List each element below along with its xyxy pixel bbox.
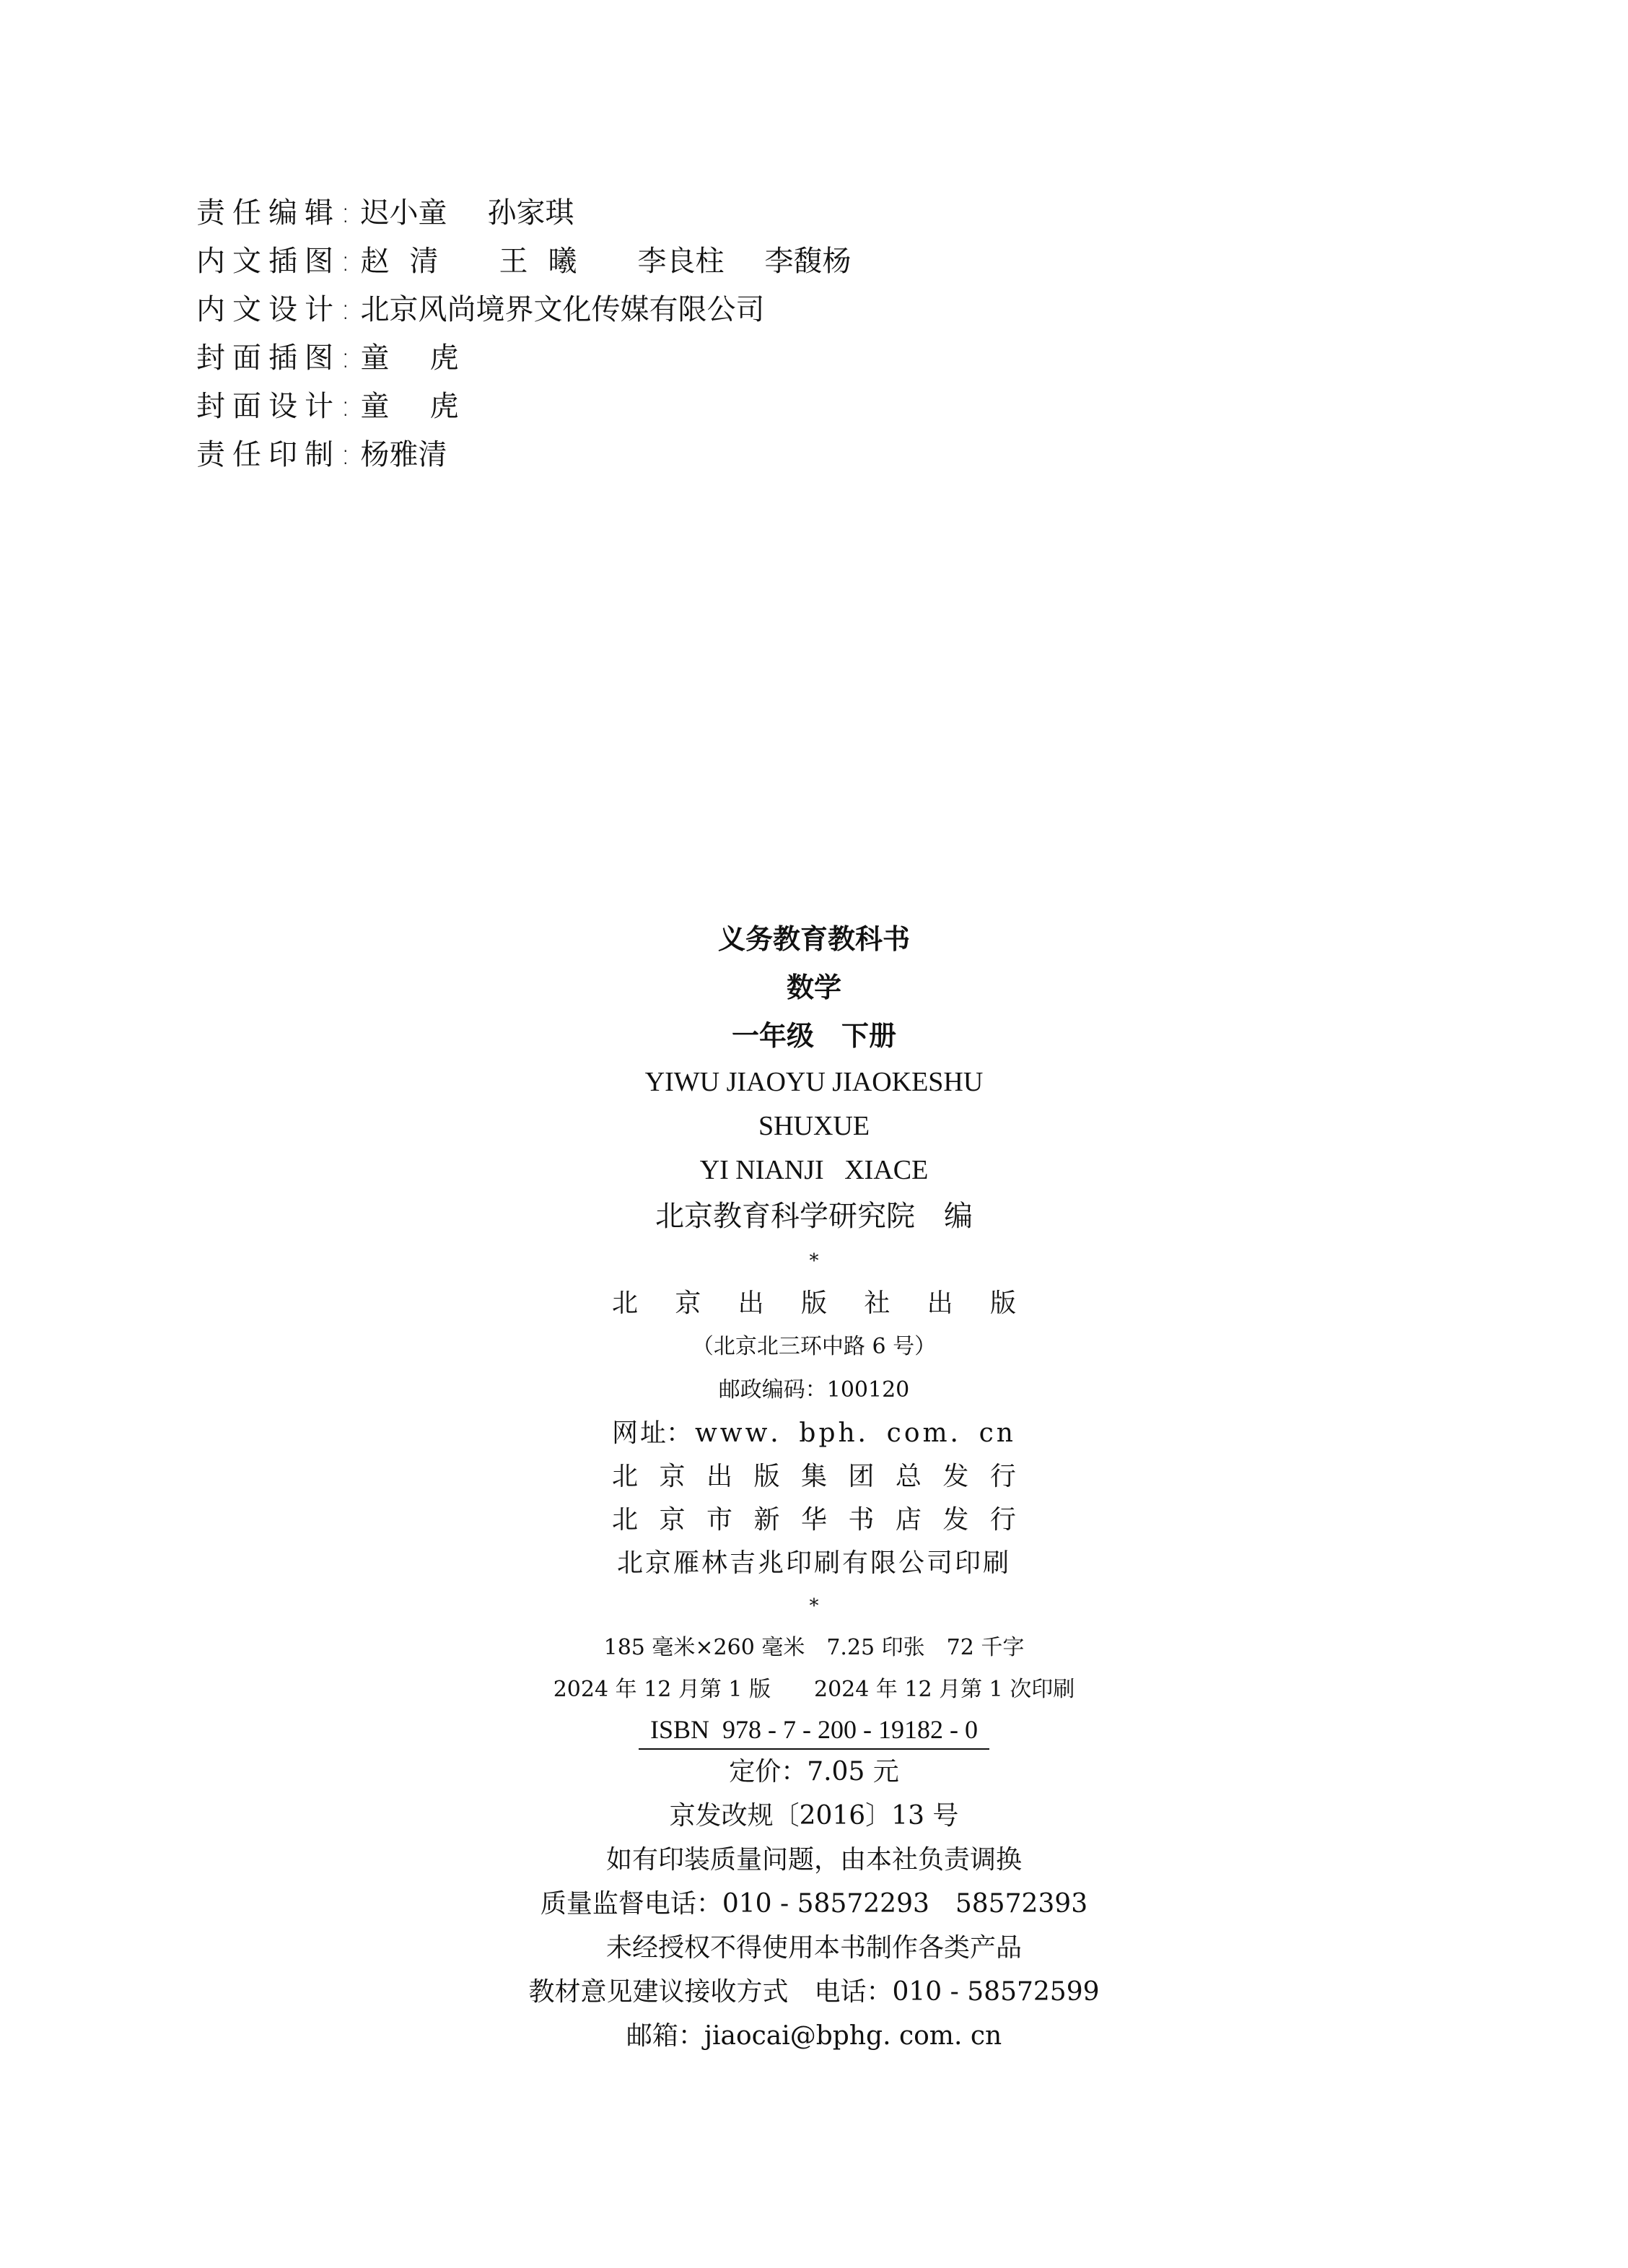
quality-phone: 质量监督电话：010 - 58572293 58572393 <box>541 1882 1087 1926</box>
credit-colon: : <box>341 383 350 431</box>
credit-label: 内文设计 <box>196 286 341 334</box>
feedback-phone: 教材意见建议接收方式 电话：010 - 58572599 <box>529 1970 1100 2014</box>
separator-star: * <box>810 1240 819 1282</box>
distributor-char: 发 <box>942 1455 968 1499</box>
credits-block: 责任编辑: 迟小童 孙家琪 内文插图: 赵清 王曦 李良柱 李馥杨 内文设计: … <box>196 189 891 479</box>
distributor-char: 北 <box>612 1455 638 1499</box>
publisher-char: 社 <box>864 1282 890 1325</box>
credit-colon: : <box>341 334 350 383</box>
credit-label: 责任编辑 <box>196 189 341 237</box>
distributor-char: 行 <box>990 1455 1016 1499</box>
url-label-char: 址 <box>640 1412 666 1455</box>
separator-star: * <box>810 1585 819 1627</box>
publisher-char: 版 <box>990 1282 1016 1325</box>
retailer-char: 北 <box>612 1499 638 1542</box>
distributor-char: 版 <box>753 1455 779 1499</box>
distributor-char: 总 <box>896 1455 922 1499</box>
pinyin-subject: SHUXUE <box>758 1104 870 1148</box>
credit-label: 责任印制 <box>196 431 341 479</box>
credit-colon: : <box>341 286 350 334</box>
distributor-char: 出 <box>706 1455 732 1499</box>
pricing-regulation: 京发改规〔2016〕13 号 <box>670 1794 959 1838</box>
credit-name: 赵清 <box>360 237 458 286</box>
credit-label: 封面插图 <box>196 334 341 383</box>
retailer: 北 京 市 新 华 书 店 发 行 <box>612 1499 1016 1542</box>
credit-name: 孙家琪 <box>487 189 574 237</box>
credit-name: 北京风尚境界文化传媒有限公司 <box>360 286 764 334</box>
url-label-char: 网 <box>612 1412 638 1455</box>
retailer-char: 京 <box>659 1499 685 1542</box>
credit-colon: : <box>341 431 350 479</box>
credit-row-print-supervisor: 责任印制: 杨雅清 <box>196 431 891 479</box>
publisher-name: 北 京 出 版 社 出 版 <box>612 1282 1016 1325</box>
publisher-postcode: 邮政编码：100120 <box>719 1369 910 1412</box>
credit-name: 迟小童 <box>360 189 447 237</box>
retailer-char: 发 <box>942 1499 968 1542</box>
book-subject: 数学 <box>787 964 841 1012</box>
publisher-char: 版 <box>801 1282 827 1325</box>
credit-name: 李馥杨 <box>764 237 851 286</box>
copyright-notice: 未经授权不得使用本书制作各类产品 <box>606 1926 1022 1970</box>
distributor: 北 京 出 版 集 团 总 发 行 <box>612 1455 1016 1499</box>
credit-row-cover-design: 封面设计: 童虎 <box>196 383 891 431</box>
distributor-char: 集 <box>801 1455 827 1499</box>
publisher-website: 网 址 ：www．bph．com．cn <box>612 1412 1016 1455</box>
feedback-email[interactable]: 邮箱：jiaocai@bphg. com. cn <box>626 2014 1002 2058</box>
distributor-char: 团 <box>848 1455 874 1499</box>
book-grade: 一年级 下册 <box>732 1012 896 1060</box>
pinyin-grade: YI NIANJI XIACE <box>700 1148 929 1192</box>
publisher-char: 北 <box>612 1282 638 1325</box>
colophon-block: 义务教育教科书 数学 一年级 下册 YIWU JIAOYU JIAOKESHU … <box>0 915 1628 2058</box>
publisher-char: 京 <box>675 1282 701 1325</box>
book-editor: 北京教育科学研究院 编 <box>655 1192 973 1240</box>
retailer-char: 华 <box>801 1499 827 1542</box>
quality-notice: 如有印装质量问题，由本社负责调换 <box>606 1838 1022 1882</box>
retailer-char: 新 <box>753 1499 779 1542</box>
credit-colon: : <box>341 237 350 286</box>
credit-row-chief-editor: 责任编辑: 迟小童 孙家琪 <box>196 189 891 237</box>
price: 定价：7.05 元 <box>729 1750 899 1794</box>
retailer-char: 书 <box>848 1499 874 1542</box>
credit-name: 杨雅清 <box>360 431 447 479</box>
credit-name: 王曦 <box>499 237 597 286</box>
book-edition: 2024 年 12 月第 1 版 2024 年 12 月第 1 次印刷 <box>553 1669 1075 1711</box>
retailer-char: 市 <box>706 1499 732 1542</box>
credit-name: 童虎 <box>360 383 499 431</box>
retailer-char: 店 <box>896 1499 922 1542</box>
credit-name: 童虎 <box>360 334 499 383</box>
credit-row-inner-illustration: 内文插图: 赵清 王曦 李良柱 李馥杨 <box>196 237 891 286</box>
credit-label: 封面设计 <box>196 383 341 431</box>
printer: 北京雁林吉兆印刷有限公司印刷 <box>612 1542 1016 1585</box>
book-format: 185 毫米×260 毫米 7.25 印张 72 千字 <box>604 1627 1025 1669</box>
credit-colon: : <box>341 189 350 237</box>
publisher-char: 出 <box>738 1282 764 1325</box>
website-url[interactable]: ：www．bph．com．cn <box>666 1412 1016 1455</box>
distributor-char: 京 <box>659 1455 685 1499</box>
book-series: 义务教育教科书 <box>718 915 910 964</box>
retailer-char: 行 <box>990 1499 1016 1542</box>
credit-row-cover-illustration: 封面插图: 童虎 <box>196 334 891 383</box>
publisher-char: 出 <box>927 1282 953 1325</box>
isbn: ISBN 978 - 7 - 200 - 19182 - 0 <box>639 1711 989 1750</box>
credit-row-inner-design: 内文设计: 北京风尚境界文化传媒有限公司 <box>196 286 891 334</box>
publisher-address: （北京北三环中路 6 号） <box>692 1325 936 1369</box>
pinyin-series: YIWU JIAOYU JIAOKESHU <box>645 1060 984 1104</box>
credit-label: 内文插图 <box>196 237 341 286</box>
credit-name: 李良柱 <box>637 237 724 286</box>
